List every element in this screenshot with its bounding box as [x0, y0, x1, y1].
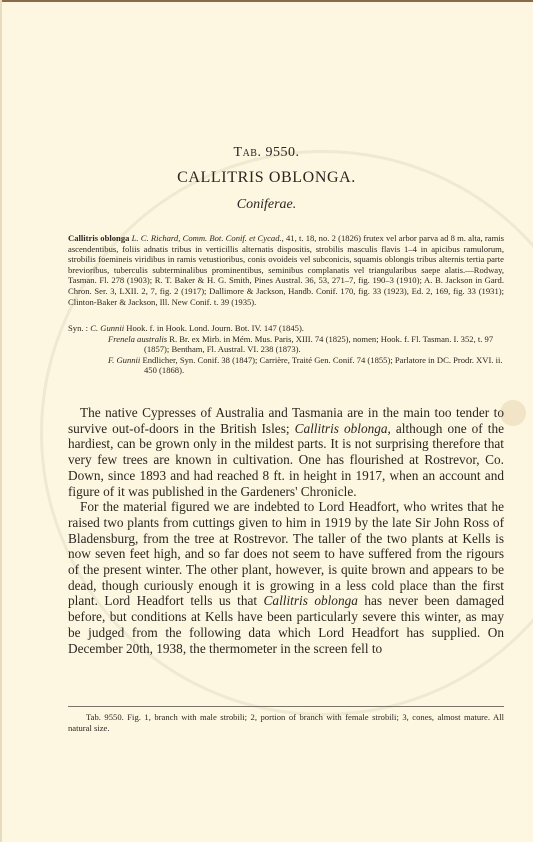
synonym-entry: F. Gunnii Endlicher, Syn. Conif. 38 (184…: [68, 355, 504, 376]
synonym-entry: Syn. : C. Gunnii Hook. f. in Hook. Lond.…: [68, 323, 504, 334]
botanical-citation: Callitris oblonga L. C. Richard, Comm. B…: [68, 233, 504, 307]
synonym-text: Hook. f. in Hook. Lond. Journ. Bot. IV. …: [124, 323, 304, 333]
family-name: Coniferae.: [0, 197, 533, 213]
plate-footnote: Tab. 9550. Fig. 1, branch with male stro…: [68, 712, 504, 733]
citation-text: , 41, t. 18, no. 2 (1826) frutex vel arb…: [68, 233, 504, 307]
paragraph: The native Cypresses of Australia and Ta…: [68, 405, 504, 499]
page-edge-top: [0, 0, 533, 2]
footnote-divider: [68, 706, 504, 707]
synonym-name: Frenela australis: [108, 334, 167, 344]
synonym-text: Endlicher, Syn. Conif. 38 (1847); Carriè…: [140, 355, 502, 376]
species-mention: Callitris oblonga: [295, 421, 388, 436]
species-mention: Callitris oblonga: [264, 593, 358, 608]
synonyms-block: Syn. : C. Gunnii Hook. f. in Hook. Lond.…: [68, 323, 504, 376]
synonym-text: R. Br. ex Mirb. in Mém. Mus. Paris, XIII…: [144, 334, 493, 355]
citation-authority: L. C. Richard, Comm. Bot. Conif. et Cyca…: [132, 233, 282, 243]
synonym-name: C. Gunnii: [90, 323, 124, 333]
text-run: For the material figured we are indebted…: [68, 499, 504, 608]
paragraph: For the material figured we are indebted…: [68, 499, 504, 656]
page-edge-left: [0, 0, 2, 842]
synonyms-label: Syn. :: [68, 323, 88, 333]
species-title: CALLITRIS OBLONGA.: [0, 169, 533, 187]
citation-species-name: Callitris oblonga: [68, 233, 129, 243]
body-text: The native Cypresses of Australia and Ta…: [68, 405, 504, 656]
synonym-entry: Frenela australis R. Br. ex Mirb. in Mém…: [68, 334, 504, 355]
synonym-name: F. Gunnii: [108, 355, 140, 365]
plate-header: Tab. 9550. CALLITRIS OBLONGA. Coniferae.: [0, 145, 533, 213]
tab-number: Tab. 9550.: [0, 145, 533, 161]
